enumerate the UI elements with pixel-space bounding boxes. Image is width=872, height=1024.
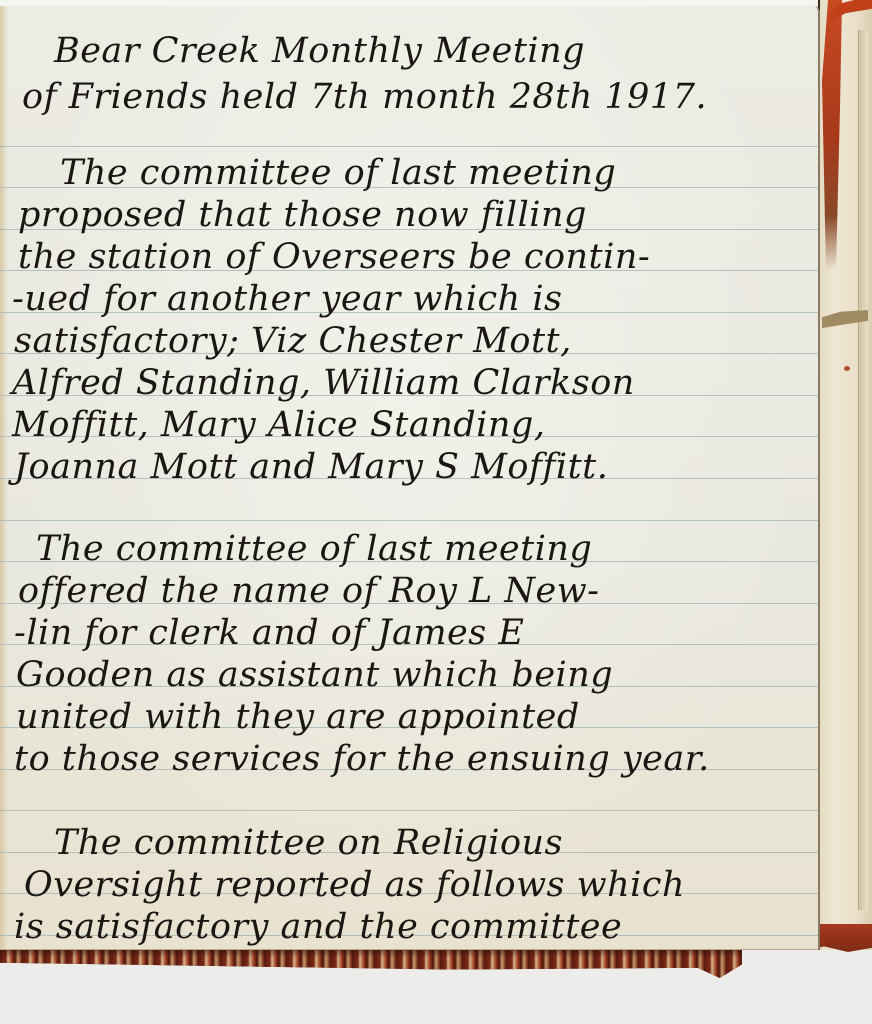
heading-line-2: of Friends held 7th month 28th 1917. <box>22 80 820 115</box>
paragraph-2-line: united with they are appointed <box>16 700 820 735</box>
paragraph-1-line: the station of Overseers be contin- <box>18 240 820 275</box>
ruled-line <box>0 520 820 521</box>
paragraph-1-line: proposed that those now filling <box>18 198 820 233</box>
paragraph-2-line: Gooden as assistant which being <box>16 658 820 693</box>
paragraph-3-line: is satisfactory and the committee <box>14 910 820 945</box>
paragraph-3-line: Oversight reported as follows which <box>24 868 820 903</box>
notebook-page: Bear Creek Monthly Meeting of Friends he… <box>0 6 820 950</box>
paragraph-1-line: The committee of last meeting <box>60 156 820 191</box>
heading-line-1: Bear Creek Monthly Meeting <box>54 34 820 69</box>
paragraph-1-line: Joanna Mott and Mary S Moffitt. <box>14 450 820 485</box>
paragraph-2-line: The committee of last meeting <box>36 532 820 567</box>
paragraph-2-line: offered the name of Roy L New- <box>18 574 820 609</box>
binding-stain <box>844 366 850 371</box>
paragraph-3-line: The committee on Religious <box>54 826 820 861</box>
binding-spine-strip <box>858 30 868 910</box>
paragraph-2-line: to those services for the ensuing year. <box>14 742 820 777</box>
paragraph-1-line: satisfactory; Viz Chester Mott, <box>14 324 820 359</box>
paragraph-2-line: -lin for clerk and of James E <box>14 616 820 651</box>
ruled-line <box>0 146 820 147</box>
paragraph-1-line: Moffitt, Mary Alice Standing, <box>12 408 820 443</box>
ruled-line <box>0 810 820 811</box>
paragraph-1-line: Alfred Standing, William Clarkson <box>12 366 820 401</box>
paragraph-1-line: -ued for another year which is <box>12 282 820 317</box>
